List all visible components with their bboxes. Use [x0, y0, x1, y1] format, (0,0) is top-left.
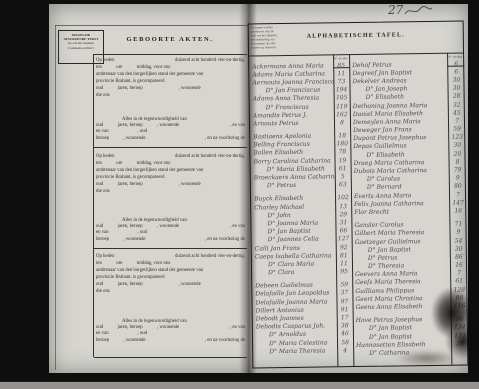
entry-name: D° Franciscus	[250, 103, 334, 111]
entry-act-number: 91	[337, 306, 353, 313]
form-text: oud jaren, beroep , woonende	[96, 181, 201, 188]
entry-act-number: 11	[333, 70, 349, 77]
index-column-1: Ackermans Anna Maria85Adams Maria Cathar…	[249, 61, 353, 356]
entry-act-number: 7	[448, 117, 466, 124]
entry-name: D° John	[251, 211, 335, 219]
form-template-line: provincie Brabant, is gecompareerd	[96, 174, 245, 181]
note-text-line: waartoe zij behooren.	[251, 45, 307, 50]
witness-clause-block: Alles in de tegenwoordigheid vanoud jare…	[96, 319, 245, 344]
form-text: beroep , woonende	[96, 237, 146, 243]
form-text: oud jaren, beroep , woonende	[96, 85, 201, 92]
entry-act-number: 61	[450, 278, 468, 285]
entry-act-number: 180	[334, 140, 350, 147]
entry-name: Bollen Elisabeth	[250, 149, 334, 157]
entry-act-number: 78	[334, 149, 350, 156]
page-number: 27	[388, 4, 403, 16]
smudge-stain	[396, 350, 458, 366]
entry-act-number: 127	[336, 235, 352, 242]
entry-name: D° Petrus	[251, 182, 335, 190]
form-template-line: ambtenaar van den burgerlijken stand der…	[96, 267, 245, 274]
entry-act-number: 61	[335, 165, 351, 172]
entry-name: Dethoning Joanna Maria	[350, 101, 448, 109]
birth-act-form-section: Op hedenduizend acht honderd vier-en-der…	[96, 253, 245, 344]
entry-name: D° Clara	[252, 268, 336, 276]
entry-act-number: 81	[336, 252, 352, 259]
entry-act-number: 58	[337, 339, 353, 346]
entry-name: Adams Anna Theresia	[250, 95, 334, 103]
form-template-line: oud jaren, beroep , woonende	[96, 281, 245, 288]
entry-act-number: 85	[333, 62, 349, 69]
entry-name: Borry Carolina Catharina	[250, 157, 334, 165]
alphabet-group: Bastiaens Apolonia18Belling Franciscus18…	[250, 132, 351, 191]
entry-act-number: 80	[449, 183, 467, 190]
entry-act-number: 5	[335, 173, 351, 180]
alphabet-group: Ackermans Anna Maria85Adams Maria Cathar…	[249, 61, 350, 128]
ink-flourish-icon	[403, 4, 433, 18]
entry-act-number: 19	[334, 157, 350, 164]
entry-act-number: 123	[448, 134, 466, 141]
entry-name: Geevers Anna Maria	[352, 270, 450, 278]
entry-act-number: 28	[448, 93, 466, 100]
form-text: ambtenaar van den burgerlijken stand der…	[96, 267, 203, 274]
witness-clause-block: Alles in de tegenwoordigheid vanoud jare…	[96, 117, 245, 142]
entry-act-number: 147	[449, 199, 467, 206]
form-template-line: ten ure middag, voor ons	[96, 64, 245, 71]
entry-name: Arnouts Petrus	[250, 119, 334, 127]
form-text-right: duizend acht honderd vier-en-dertig,	[175, 253, 245, 260]
entry-act-number: 16	[450, 262, 468, 269]
form-template-line: Op hedenduizend acht honderd vier-en-der…	[96, 57, 245, 64]
entry-act-number: 38	[337, 322, 353, 329]
form-text: provincie Brabant, is gecompareerd	[96, 174, 164, 181]
entry-name: D° Elisabeth	[350, 150, 448, 158]
entry-name: Debodts Casparus Joh.	[253, 323, 337, 331]
entry-name: Amandts Petrus J.	[250, 111, 334, 119]
entry-name: Delafaille Jan Leopoldus	[252, 290, 336, 298]
form-text: ten ure middag, voor ons	[96, 64, 170, 71]
form-text: die ons	[96, 288, 110, 295]
entry-act-number: 194	[333, 86, 349, 93]
form-text: Op heden	[96, 153, 115, 160]
entry-act-number: 54	[450, 237, 468, 244]
entry-act-number: 16	[449, 207, 467, 214]
entry-name: D° Petrus	[352, 254, 450, 262]
entry-name: D° Clara Maria	[252, 260, 336, 268]
entry-act-number: 46	[337, 330, 353, 337]
form-text-right: duizend acht honderd vier-en-dertig,	[175, 57, 245, 64]
entry-name: Gansler Carolus	[351, 221, 449, 229]
entry-name: D° Maria Theresia	[253, 347, 337, 355]
entry-name: Dekelver Andreas	[349, 77, 447, 85]
form-text: provincie Brabant, is gecompareerd	[96, 78, 164, 85]
form-left-border	[93, 54, 94, 357]
register-entry-row: D° Maria Theresia4	[253, 346, 353, 356]
form-text: beroep , woonende	[96, 136, 146, 142]
form-template-line: provincie Brabant, is gecompareerd	[96, 78, 245, 85]
scanner-edge-strip	[0, 381, 479, 389]
entry-act-number: 13	[335, 203, 351, 210]
entry-name: Flor Brecht	[351, 208, 449, 216]
form-template-line: die ons	[96, 188, 245, 195]
entry-act-number: 20	[448, 150, 466, 157]
alphabet-group: Buyck Elisabeth102Charley Michael13D° Jo…	[251, 194, 352, 277]
entry-act-number: 8	[449, 158, 467, 165]
form-text: die ons	[96, 188, 110, 195]
entry-act-number: 63	[335, 181, 351, 188]
left-page-geboorte-akten: MOGELIJKAFWIJKENDE TEKSTzie ook het orig…	[55, 25, 247, 371]
form-text: ambtenaar van den burgerlijken stand der…	[96, 71, 203, 78]
form-template-line: oud jaren, beroep , woonende	[96, 85, 245, 92]
entry-act-number: 95	[336, 268, 352, 275]
entry-act-number: 29	[335, 211, 351, 218]
entry-name: Felix Joanna Catharina	[351, 200, 449, 208]
entry-name: D° Carolus	[351, 175, 449, 183]
form-template-line: ten ure middag, voor ons	[96, 260, 245, 267]
entry-name: Bastiaens Apolonia	[250, 132, 334, 140]
entry-act-number: 32	[448, 101, 466, 108]
entry-act-number: 6	[447, 60, 465, 67]
entry-name: D° Joanna Maria	[251, 219, 335, 227]
form-template-line: ambtenaar van den burgerlijken stand der…	[96, 71, 245, 78]
form-template-line: oud jaren, beroep , woonende	[96, 181, 245, 188]
entry-act-number: 7	[450, 270, 468, 277]
entry-act-number: 7	[449, 191, 467, 198]
witness-clause-block: Alles in de tegenwoordigheid vanoud jare…	[96, 218, 245, 243]
entry-act-number: 30	[448, 142, 466, 149]
entry-act-number: 8	[334, 119, 350, 126]
entry-name: D° Arnoldus	[253, 331, 337, 339]
entry-act-number: 9	[449, 175, 467, 182]
form-text: Op heden	[96, 253, 115, 260]
page-number-inscription: 27	[388, 4, 433, 18]
header-rule	[94, 54, 247, 55]
entry-name: Broeckaers Anna Catharina	[251, 173, 335, 181]
entry-name: D° Elisabeth	[350, 93, 448, 101]
entry-name: Dehof Petrus	[349, 60, 447, 68]
witness-template-line: beroep , woonende, en na voorlezing de	[96, 237, 245, 243]
entry-act-number: 30	[450, 245, 468, 252]
entry-name: D° Bernard	[351, 183, 449, 191]
form-text: ten ure middag, voor ons	[96, 260, 170, 267]
entry-name: D° Jan Baptist	[352, 245, 450, 253]
section-rule	[94, 147, 247, 148]
form-text: ambtenaar van den burgerlijken stand der…	[96, 167, 203, 174]
form-text: provincie Brabant, is gecompareerd	[96, 274, 164, 281]
alphabet-group: Dehof Petrus6Degreef Jan Baptist6Dekelve…	[349, 59, 467, 216]
entry-act-number: 79	[449, 167, 467, 174]
entry-act-number: 30	[447, 76, 465, 83]
entry-act-number: 59	[448, 126, 466, 133]
entry-name: D° Maria Celestina	[253, 339, 337, 347]
form-text: oud jaren, beroep , woonende	[96, 281, 201, 288]
entry-act-number: 71	[449, 221, 467, 228]
entry-name: Demeylen Anna Maria	[350, 118, 448, 126]
entry-act-number: 97	[336, 298, 352, 305]
scanned-register-spread: MOGELIJKAFWIJKENDE TEKSTzie ook het orig…	[0, 0, 479, 389]
form-text: Op heden	[96, 57, 115, 64]
stamp-text-line: ( Gemeente-archief )	[59, 46, 103, 50]
entry-act-number: 31	[335, 219, 351, 226]
entry-act-number: 45	[448, 109, 466, 116]
entry-act-number: 92	[336, 244, 352, 251]
entry-name: Ackermans Anna Maria	[249, 62, 333, 70]
entry-name: Degreef Jan Baptist	[349, 69, 447, 77]
birth-act-form-section: Op hedenduizend acht honderd vier-en-der…	[96, 57, 245, 142]
entry-name: D° Joannes Celia	[252, 236, 336, 244]
entry-act-number: 11	[336, 260, 352, 267]
left-page-title: GEBOORTE AKTEN.	[94, 36, 246, 43]
alphabet-group: Debeen Guilielmus59Delafaille Jan Leopol…	[252, 281, 353, 356]
entry-name: Goetzeger Guilielmus	[352, 237, 450, 245]
register-entry-row: D° Clara95	[252, 268, 352, 278]
register-entry-row: Arnouts Petrus8	[250, 118, 350, 128]
entry-name: D° Theresia	[352, 262, 450, 270]
form-template-line: ten ure middag, voor ons	[96, 160, 245, 167]
entry-name: Calli Jan Frans	[252, 244, 336, 252]
entry-name: Gilbert Maria Theresia	[352, 229, 450, 237]
entry-act-number: 6	[447, 68, 465, 75]
entry-act-number: 119	[334, 103, 350, 110]
entry-name: Caeps Isabella Catharina	[252, 252, 336, 260]
form-text: ten ure middag, voor ons	[96, 160, 170, 167]
entry-name: Daniel Maria Elisabeth	[350, 109, 448, 117]
entry-act-number: 18	[334, 132, 350, 139]
form-text-right: duizend acht honderd vier-en-dertig,	[175, 153, 245, 160]
entry-act-number: 17	[337, 314, 353, 321]
register-entry-row: Flor Brecht16	[351, 207, 467, 217]
entry-name: Deweger Jan Frans	[350, 126, 448, 134]
entry-name: D° Maria Elisabeth	[251, 165, 335, 173]
witness-template-line: beroep , woonende, en na voorlezing de	[96, 338, 245, 344]
entry-name: D° Jan Franciscus	[250, 86, 334, 94]
page-top-edge	[55, 25, 247, 26]
page-left-edge	[55, 25, 56, 370]
form-text: beroep , woonende	[96, 338, 146, 344]
entry-name: Dubois Maria Catharina	[351, 167, 449, 175]
form-template-line: ambtenaar van den burgerlijken stand der…	[96, 167, 245, 174]
entry-name: Debeen Guilielmus	[252, 282, 336, 290]
entry-name: Buyck Elisabeth	[251, 195, 335, 203]
witness-template-line: beroep , woonende, en na voorlezing de	[96, 136, 245, 142]
entry-name: Dupont Petrus Josephus	[350, 134, 448, 142]
form-template-line: Op hedenduizend acht honderd vier-en-der…	[96, 153, 245, 160]
entry-name: D° Jan Baptist	[353, 332, 451, 340]
entry-name: Debodt Joannes	[253, 314, 337, 322]
entry-act-number: 105	[334, 94, 350, 101]
entry-act-number: 102	[335, 195, 351, 202]
entry-name: Draeg Maria Catharina	[351, 159, 449, 167]
form-template-line: die ons	[96, 288, 245, 295]
entry-act-number: 162	[334, 111, 350, 118]
entry-name: D° Jan Baptist	[251, 227, 335, 235]
entry-name: Delafaille Joanna Maria	[252, 298, 336, 306]
entry-act-number: 73	[333, 78, 349, 85]
form-template-line: provincie Brabant, is gecompareerd	[96, 274, 245, 281]
birth-act-form-section: Op hedenduizend acht honderd vier-en-der…	[96, 153, 245, 243]
entry-name: Guilliams Philippus	[352, 286, 450, 294]
entry-act-number: 59	[336, 281, 352, 288]
entry-act-number: 86	[450, 253, 468, 260]
entry-name: Everts Anna Maria	[351, 191, 449, 199]
entry-name: Hannosetten Elisabeth	[353, 340, 451, 348]
entry-name: D° Jan Joseph	[349, 85, 447, 93]
entry-name: Aernouts Joanna Francisca	[249, 78, 333, 86]
form-template-line: die ons	[96, 92, 245, 99]
entry-name: Belling Franciscus	[250, 141, 334, 149]
entry-act-number: 30	[447, 85, 465, 92]
section-rule	[94, 248, 247, 249]
register-entry-row: D° Petrus63	[251, 181, 351, 191]
entry-act-number: 4	[337, 347, 353, 354]
entry-name: Dillert Antonius	[253, 306, 337, 314]
form-template-line: Op hedenduizend acht honderd vier-en-der…	[96, 253, 245, 260]
section-rule	[94, 357, 247, 358]
form-text: die ons	[96, 92, 110, 99]
entry-act-number: 9	[449, 229, 467, 236]
entry-act-number: 66	[335, 227, 351, 234]
entry-name: Charley Michael	[251, 203, 335, 211]
entry-act-number: 37	[336, 290, 352, 297]
entry-name: Geefs Maria Theresia	[352, 278, 450, 286]
table-header-rule	[249, 53, 463, 57]
entry-name: Adams Maria Catharina	[249, 70, 333, 78]
entry-name: Depas Guilielmus	[350, 142, 448, 150]
